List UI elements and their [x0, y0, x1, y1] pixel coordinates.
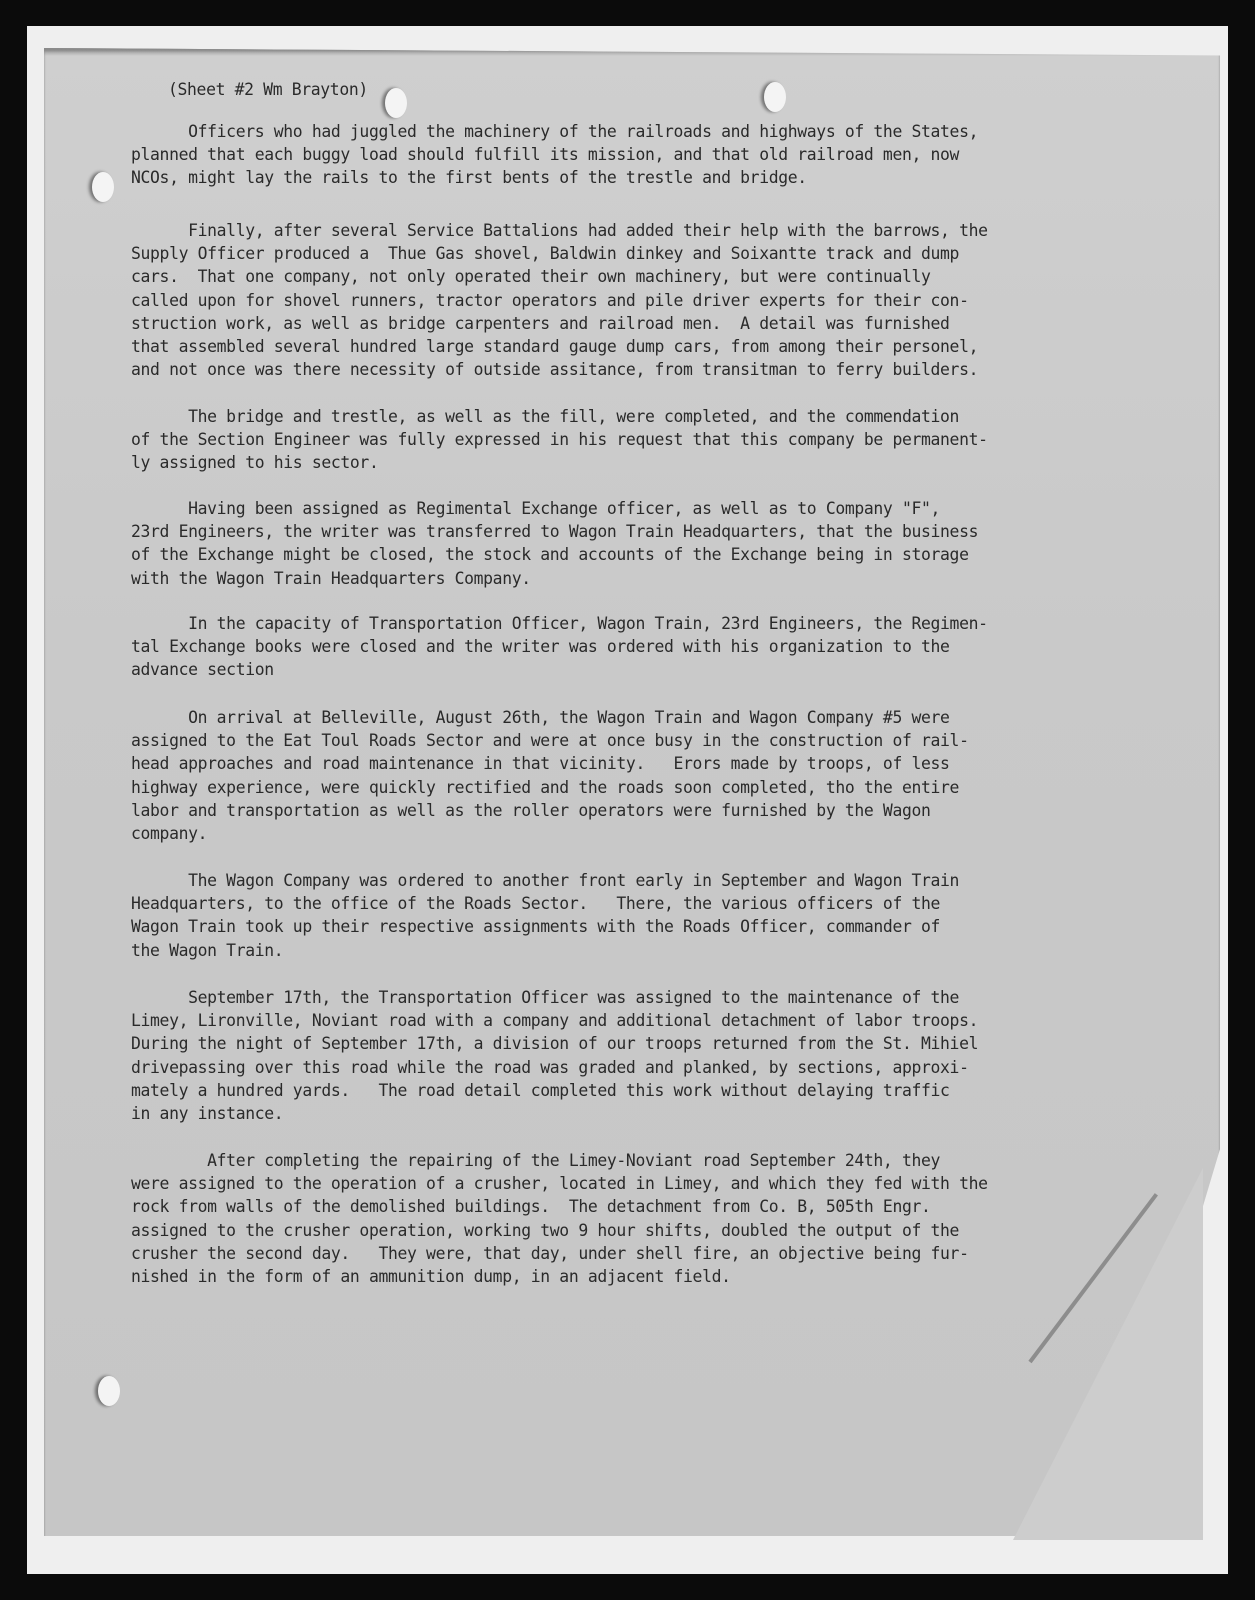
text-line: company. — [131, 822, 1191, 845]
text-line: crusher the second day. They were, that … — [131, 1242, 1191, 1265]
punch-hole — [98, 1376, 120, 1406]
text-line: drivepassing over this road while the ro… — [131, 1056, 1191, 1079]
text-line: called upon for shovel runners, tractor … — [131, 289, 1191, 312]
text-line: of the Section Engineer was fully expres… — [131, 428, 1191, 451]
text-line: advance section — [131, 658, 1191, 681]
paragraph: Officers who had juggled the machinery o… — [131, 120, 1191, 190]
text-line: of the Exchange might be closed, the sto… — [131, 543, 1191, 566]
text-line: Limey, Lironville, Noviant road with a c… — [131, 1009, 1191, 1032]
text-line: Having been assigned as Regimental Excha… — [131, 497, 1191, 520]
text-line: in any instance. — [131, 1102, 1191, 1125]
text-line: Officers who had juggled the machinery o… — [131, 120, 1191, 143]
text-line: Headquarters, to the office of the Roads… — [131, 892, 1191, 915]
paragraph: The Wagon Company was ordered to another… — [131, 869, 1191, 962]
punch-hole — [92, 172, 114, 202]
text-line: tal Exchange books were closed and the w… — [131, 635, 1191, 658]
text-line: Finally, after several Service Battalion… — [131, 219, 1191, 242]
text-line: ly assigned to his sector. — [131, 451, 1191, 474]
text-line: NCOs, might lay the rails to the first b… — [131, 166, 1191, 189]
text-line: cars. That one company, not only operate… — [131, 265, 1191, 288]
paragraph: Having been assigned as Regimental Excha… — [131, 497, 1191, 590]
text-line: and not once was there necessity of outs… — [131, 358, 1191, 381]
text-line: The bridge and trestle, as well as the f… — [131, 405, 1191, 428]
text-line: nished in the form of an ammunition dump… — [131, 1265, 1191, 1288]
text-line: the Wagon Train. — [131, 939, 1191, 962]
text-line: After completing the repairing of the Li… — [131, 1149, 1191, 1172]
paragraph: The bridge and trestle, as well as the f… — [131, 405, 1191, 475]
text-line: with the Wagon Train Headquarters Compan… — [131, 567, 1191, 590]
text-line: assigned to the Eat Toul Roads Sector an… — [131, 729, 1191, 752]
paragraph: In the capacity of Transportation Office… — [131, 612, 1191, 682]
text-line: were assigned to the operation of a crus… — [131, 1172, 1191, 1195]
text-line: labor and transportation as well as the … — [131, 799, 1191, 822]
text-line: that assembled several hundred large sta… — [131, 335, 1191, 358]
text-line: September 17th, the Transportation Offic… — [131, 986, 1191, 1009]
text-line: On arrival at Belleville, August 26th, t… — [131, 706, 1191, 729]
sheet-header: (Sheet #2 Wm Brayton) — [168, 78, 1228, 101]
paragraph: After completing the repairing of the Li… — [131, 1149, 1191, 1288]
text-line: planned that each buggy load should fulf… — [131, 143, 1191, 166]
text-line: Supply Officer produced a Thue Gas shove… — [131, 242, 1191, 265]
paragraph: September 17th, the Transportation Offic… — [131, 986, 1191, 1125]
text-line: assigned to the crusher operation, worki… — [131, 1219, 1191, 1242]
text-line: mately a hundred yards. The road detail … — [131, 1079, 1191, 1102]
text-line: The Wagon Company was ordered to another… — [131, 869, 1191, 892]
text-line: head approaches and road maintenance in … — [131, 752, 1191, 775]
text-line: rock from walls of the demolished buildi… — [131, 1195, 1191, 1218]
paragraph: On arrival at Belleville, August 26th, t… — [131, 706, 1191, 845]
text-line: During the night of September 17th, a di… — [131, 1032, 1191, 1055]
text-line: highway experience, were quickly rectifi… — [131, 776, 1191, 799]
text-line: In the capacity of Transportation Office… — [131, 612, 1191, 635]
paragraph: Finally, after several Service Battalion… — [131, 219, 1191, 381]
text-line: Wagon Train took up their respective ass… — [131, 915, 1191, 938]
text-line: struction work, as well as bridge carpen… — [131, 312, 1191, 335]
text-line: 23rd Engineers, the writer was transferr… — [131, 520, 1191, 543]
